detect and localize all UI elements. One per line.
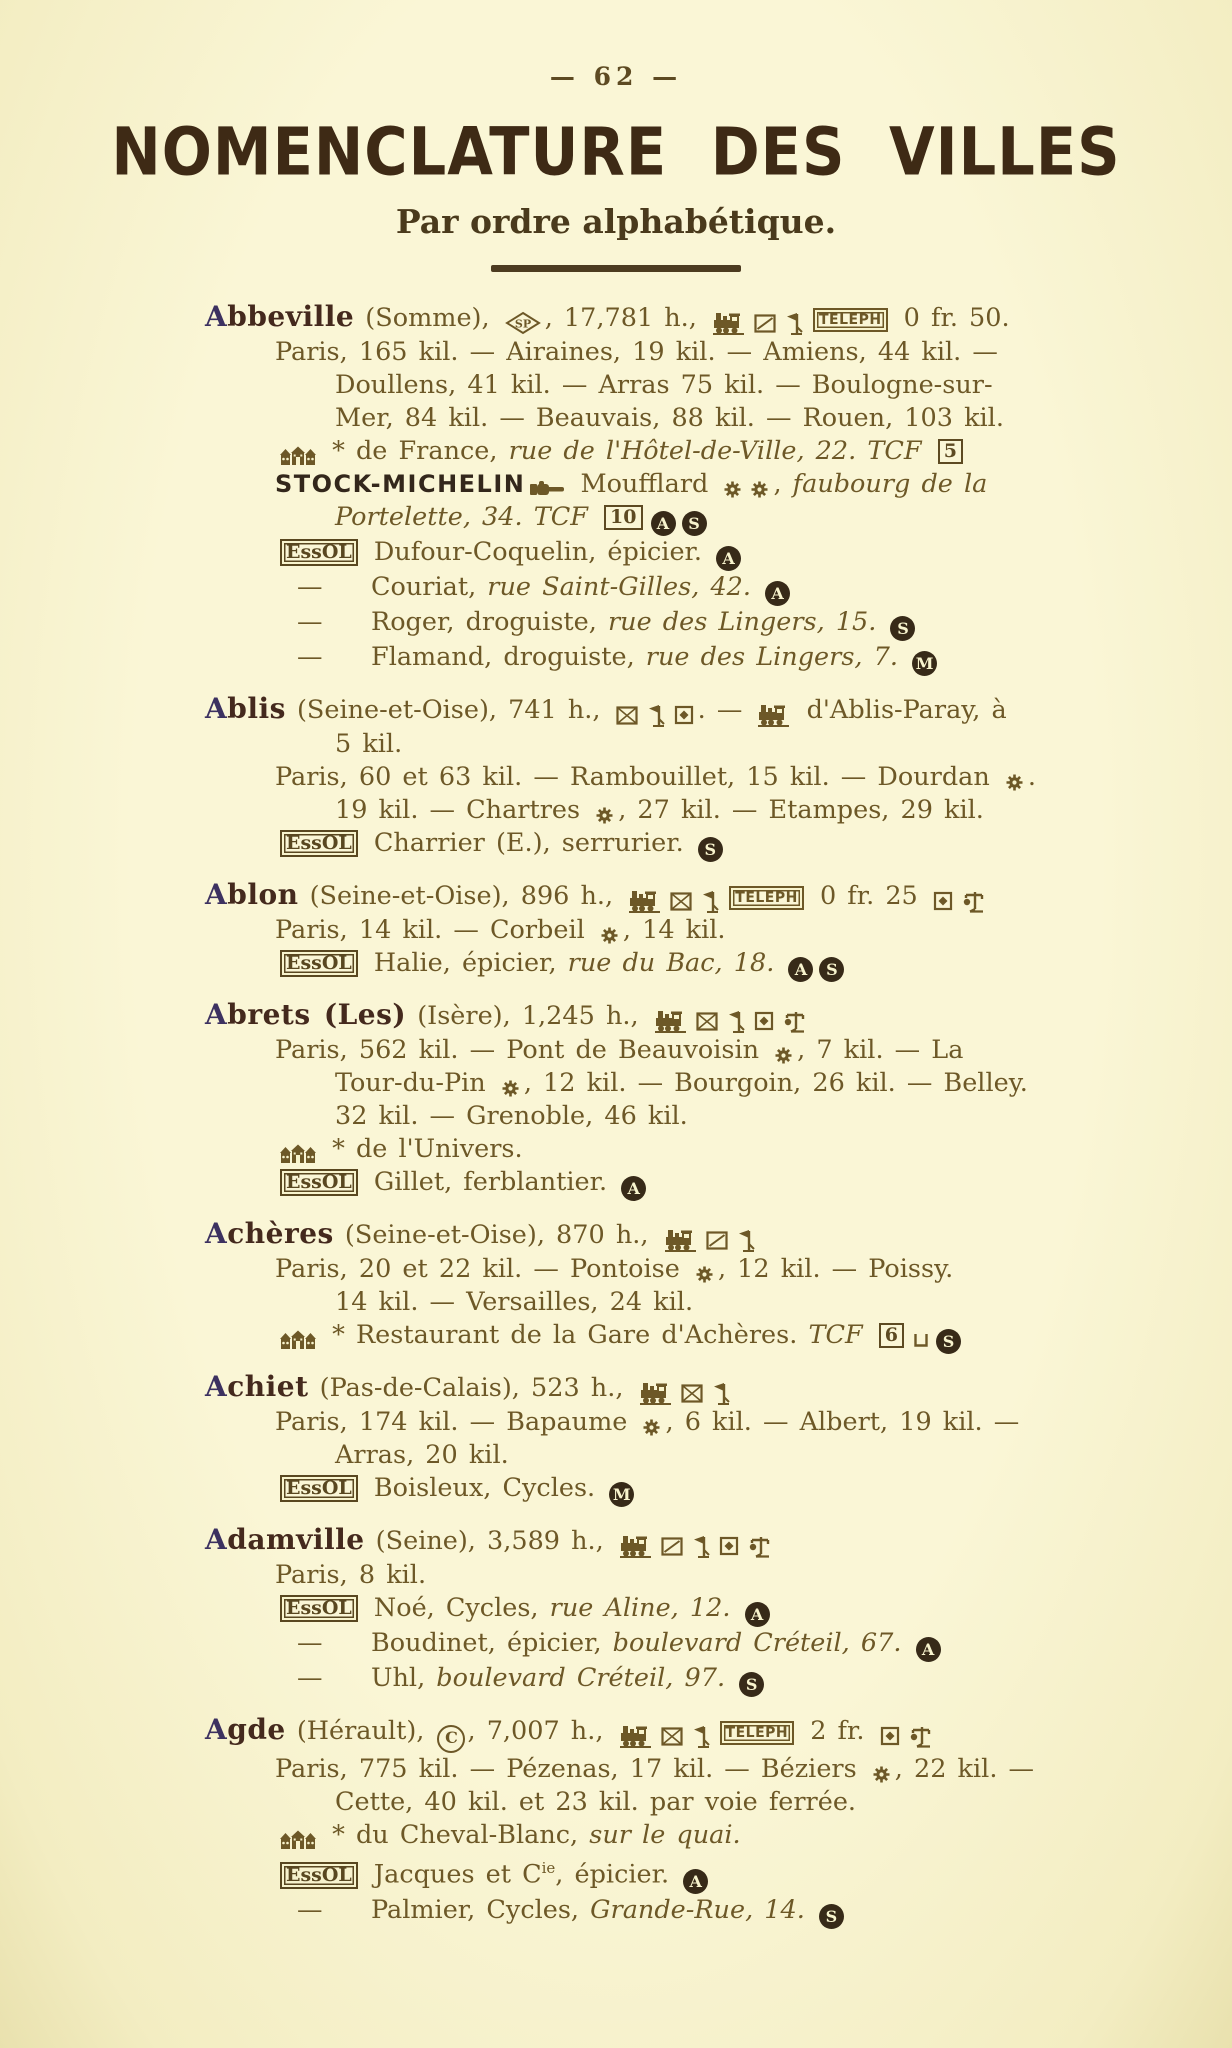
hotel-icon <box>279 1143 317 1165</box>
entry-adamville: Adamville (Seine), 3,589 h., Paris, 8 ki… <box>205 1523 1172 1697</box>
text-run: 14 kil. — Versailles, 24 kil. <box>335 1287 693 1317</box>
entry-line: EssOL Dufour-Coquelin, épicier. A <box>205 536 1172 571</box>
envelope-icon <box>696 1012 718 1031</box>
superscript: ie <box>542 1859 556 1877</box>
brand-s-badge: S <box>936 1329 961 1354</box>
envelope-icon <box>681 1384 703 1403</box>
entry-line: Mer, 84 kil. — Beauvais, 88 kil. — Rouen… <box>205 402 1172 435</box>
text-run: Gillet, ferblantier. <box>363 1167 618 1197</box>
text-run <box>901 1628 912 1658</box>
brand-a-badge: A <box>916 1637 941 1662</box>
essol-badge: EssOL <box>280 1595 358 1622</box>
text-run: 5 kil. <box>335 729 402 759</box>
text-run: (Isère), 1,245 h., <box>406 1001 650 1031</box>
text-run <box>898 642 909 672</box>
text-run: , 17,781 h., <box>545 303 708 333</box>
pennant-icon <box>691 1723 711 1749</box>
entry-line: Paris, 20 et 22 kil. — Pontoise , 12 kil… <box>205 1253 1172 1286</box>
headword-initial: A <box>205 1370 227 1403</box>
train-icon <box>712 311 746 335</box>
envelope-icon <box>616 706 638 725</box>
brand-a-badge: A <box>716 546 741 571</box>
telephone-badge: TELEPH <box>720 1721 795 1745</box>
brand-s-badge: S <box>698 837 723 862</box>
train-icon <box>757 703 791 727</box>
telephone-badge: TELEPH <box>813 308 888 332</box>
street-name: Grande-Rue, 14. <box>590 1895 805 1925</box>
text-run: Paris, 20 et 22 kil. — Pontoise <box>275 1254 691 1284</box>
entry-line: Ablon (Seine-et-Oise), 896 h., TELEPH 0 … <box>205 878 1172 914</box>
text-run: * du Cheval-Blanc, <box>321 1820 589 1850</box>
page-title: NOMENCLATURE DES VILLES <box>0 113 1232 190</box>
entry-line: Adamville (Seine), 3,589 h., <box>205 1523 1172 1559</box>
text-run <box>730 1593 741 1623</box>
envelope-icon <box>661 1727 683 1746</box>
brand-a-badge: A <box>621 1176 646 1201</box>
page: — 62 — NOMENCLATURE DES VILLES Par ordre… <box>0 0 1232 2048</box>
pennant-icon <box>711 1380 731 1406</box>
brand-m-badge: M <box>912 651 937 676</box>
entries: Abbeville (Somme), SP, 17,781 h., TELEPH… <box>0 300 1232 1929</box>
essol-badge: EssOL <box>280 950 358 977</box>
text-run: (Hérault), <box>286 1716 436 1746</box>
train-icon <box>628 889 662 913</box>
headword-initial: A <box>205 998 227 1031</box>
gear-icon <box>750 480 769 499</box>
text-run: Mer, 84 kil. — Beauvais, 88 kil. — Rouen… <box>335 403 1004 433</box>
entry-line: EssOL Jacques et Cie, épicier. A <box>205 1852 1172 1894</box>
envelope-diagonal-icon <box>706 1231 728 1250</box>
train-icon <box>654 1009 688 1033</box>
entry-line: 19 kil. — Chartres , 27 kil. — Etampes, … <box>205 794 1172 827</box>
text-run: , 14 kil. <box>623 915 726 945</box>
text-run: * Restaurant de la Gare d'Achères. <box>321 1320 808 1350</box>
text-run: 32 kil. — Grenoble, 46 kil. <box>335 1101 688 1131</box>
gear-icon <box>595 806 614 825</box>
entry-line: Paris, 60 et 63 kil. — Rambouillet, 15 k… <box>205 761 1172 794</box>
text-run: Paris, 60 et 63 kil. — Rambouillet, 15 k… <box>275 762 1001 792</box>
brand-a-badge: A <box>765 581 790 606</box>
gear-icon <box>872 1765 891 1784</box>
gear-icon <box>774 1046 793 1065</box>
text-run: Paris, 8 kil. <box>275 1560 426 1590</box>
envelope-icon <box>670 892 692 911</box>
entry-line: Tour-du-Pin , 12 kil. — Bourgoin, 26 kil… <box>205 1067 1172 1100</box>
text-run: Noé, Cycles, <box>363 1593 550 1623</box>
street-name: rue du Bac, 18. <box>568 948 775 978</box>
text-run: , épicier. <box>555 1860 680 1890</box>
text-run: Couriat, <box>371 572 487 602</box>
train-icon <box>664 1228 698 1252</box>
entry-headword: Adamville <box>205 1523 365 1556</box>
entry-agde: Agde (Hérault), C, 7,007 h., TELEPH 2 fr… <box>205 1713 1172 1929</box>
headword-initial: A <box>205 1523 227 1556</box>
entry-line: Abbeville (Somme), SP, 17,781 h., TELEPH… <box>205 300 1172 336</box>
entry-line: * de l'Univers. <box>205 1133 1172 1166</box>
text-run <box>725 1663 736 1693</box>
brand-a-badge: A <box>788 957 813 982</box>
entry-ablis: Ablis (Seine-et-Oise), 741 h., . — d'Abl… <box>205 692 1172 862</box>
entry-line: Achiet (Pas-de-Calais), 523 h., <box>205 1370 1172 1406</box>
tcf-number-badge: 10 <box>604 505 642 530</box>
post-office-icon <box>880 1726 900 1746</box>
envelope-diagonal-icon <box>754 314 776 333</box>
pennant-icon <box>691 1533 711 1559</box>
text-run: * de l'Univers. <box>321 1134 523 1164</box>
text-run: . <box>1028 762 1036 792</box>
dash: — <box>297 641 337 674</box>
text-run: Boudinet, épicier, <box>371 1628 613 1658</box>
text-run <box>523 502 534 532</box>
hotel-icon <box>279 445 317 467</box>
hotel-icon <box>279 1329 317 1351</box>
text-run: Paris, 174 kil. — Bapaume <box>275 1407 638 1437</box>
entry-line: Paris, 8 kil. <box>205 1559 1172 1592</box>
text-run: d'Ablis-Paray, à <box>795 695 1006 725</box>
text-run: (Somme), <box>354 303 501 333</box>
entry-line: —Uhl, boulevard Créteil, 97. S <box>205 1662 1172 1697</box>
brand-s-badge: S <box>819 1904 844 1929</box>
brand-s-badge: S <box>819 957 844 982</box>
entry-line: STOCK-MICHELIN Moufflard , faubourg de l… <box>205 468 1172 501</box>
entry-abrets: Abrets (Les) (Isère), 1,245 h., Paris, 5… <box>205 998 1172 1201</box>
entry-achiet: Achiet (Pas-de-Calais), 523 h., Paris, 1… <box>205 1370 1172 1507</box>
essol-badge: EssOL <box>280 1475 358 1502</box>
brand-m-badge: M <box>609 1482 634 1507</box>
entry-headword: Ablon <box>205 878 298 911</box>
pointing-hand-icon <box>529 480 565 498</box>
entry-line: Paris, 562 kil. — Pont de Beauvoisin , 7… <box>205 1034 1172 1067</box>
text-run: 2 fr. <box>799 1716 875 1746</box>
tcf-number-badge: 6 <box>879 1323 904 1348</box>
text-run: (Seine-et-Oise), 870 h., <box>334 1220 660 1250</box>
text-run: * de France, <box>321 436 509 466</box>
text-run: , 7,007 h., <box>467 1716 614 1746</box>
post-office-icon <box>674 705 694 725</box>
text-run: Uhl, <box>371 1663 436 1693</box>
text-run <box>856 436 867 466</box>
gear-icon <box>723 480 742 499</box>
gear-icon <box>642 1418 661 1437</box>
entry-line: * de France, rue de l'Hôtel-de-Ville, 22… <box>205 435 1172 468</box>
entry-line: Arras, 20 kil. <box>205 1439 1172 1472</box>
brand-a-badge: A <box>651 511 676 536</box>
entry-line: 32 kil. — Grenoble, 46 kil. <box>205 1100 1172 1133</box>
text-run: . — <box>698 695 754 725</box>
entry-line: Paris, 174 kil. — Bapaume , 6 kil. — Alb… <box>205 1406 1172 1439</box>
entry-line: Doullens, 41 kil. — Arras 75 kil. — Boul… <box>205 369 1172 402</box>
circled-c-icon: C <box>437 1725 465 1753</box>
text-run: (Seine-et-Oise), 741 h., <box>286 695 612 725</box>
page-subtitle: Par ordre alphabétique. <box>0 202 1232 241</box>
dash: — <box>297 571 337 604</box>
text-run: Arras, 20 kil. <box>335 1440 509 1470</box>
pennant-icon <box>736 1227 756 1253</box>
entry-line: Abrets (Les) (Isère), 1,245 h., <box>205 998 1172 1034</box>
text-run: Jacques et C <box>363 1860 542 1890</box>
text-run: Moufflard <box>569 469 719 499</box>
headword-initial: A <box>205 1713 227 1746</box>
dash: — <box>297 1662 337 1695</box>
stock-michelin-label: STOCK-MICHELIN <box>275 470 525 498</box>
entry-abbeville: Abbeville (Somme), SP, 17,781 h., TELEPH… <box>205 300 1172 676</box>
text-run: (Pas-de-Calais), 523 h., <box>309 1373 635 1403</box>
headword-initial: A <box>205 692 227 725</box>
train-icon <box>619 1534 653 1558</box>
text-run: Cette, 40 kil. et 23 kil. par voie ferré… <box>335 1787 856 1817</box>
dash: — <box>297 1627 337 1660</box>
entry-line: Paris, 775 kil. — Pézenas, 17 kil. — Béz… <box>205 1753 1172 1786</box>
street-name: boulevard Créteil, 97. <box>436 1663 725 1693</box>
sp-diamond-icon: SP <box>505 311 541 335</box>
street-name: boulevard Créteil, 67. <box>613 1628 902 1658</box>
headword-initial: A <box>205 878 227 911</box>
entry-headword: Ablis <box>205 692 286 725</box>
entry-line: —Palmier, Cycles, Grande-Rue, 14. S <box>205 1894 1172 1929</box>
brand-a-badge: A <box>683 1869 708 1894</box>
text-run: 19 kil. — Chartres <box>335 795 591 825</box>
text-run: , 7 kil. — La <box>797 1035 963 1065</box>
telephone-badge: TELEPH <box>729 886 804 910</box>
hotel-icon <box>279 1829 317 1851</box>
pump-icon <box>961 888 985 914</box>
entry-line: —Couriat, rue Saint-Gilles, 42. A <box>205 571 1172 606</box>
entry-line: Paris, 14 kil. — Corbeil , 14 kil. <box>205 914 1172 947</box>
headword-initial: A <box>205 1217 227 1250</box>
street-name: rue de l'Hôtel-de-Ville, 22. <box>509 436 857 466</box>
entry-acheres: Achères (Seine-et-Oise), 870 h., Paris, … <box>205 1217 1172 1354</box>
pump-icon <box>782 1008 806 1034</box>
street-name: rue des Lingers, 15. <box>608 607 876 637</box>
page-number: — 62 — <box>0 0 1232 91</box>
pennant-icon <box>726 1008 746 1034</box>
gear-icon <box>501 1079 520 1098</box>
text-run: , 12 kil. — Poissy. <box>718 1254 953 1284</box>
pennant-icon <box>646 702 666 728</box>
street-name: Portelette, 34. <box>335 502 523 532</box>
gear-icon <box>600 926 619 945</box>
entry-line: * Restaurant de la Gare d'Achères. TCF 6… <box>205 1319 1172 1354</box>
essol-badge: EssOL <box>280 539 358 566</box>
essol-badge: EssOL <box>280 830 358 857</box>
entry-line: EssOL Halie, épicier, rue du Bac, 18. AS <box>205 947 1172 982</box>
text-run: (Seine), 3,589 h., <box>365 1526 615 1556</box>
post-office-icon <box>933 891 953 911</box>
entry-line: Portelette, 34. TCF 10AS <box>205 501 1172 536</box>
title-rule <box>491 265 741 272</box>
entry-line: EssOL Charrier (E.), serrurier. S <box>205 827 1172 862</box>
dash: — <box>297 1894 337 1927</box>
street-name: TCF <box>808 1320 873 1350</box>
text-run: , <box>773 469 792 499</box>
train-icon <box>639 1381 673 1405</box>
street-name: TCF <box>534 502 599 532</box>
tcf-number-badge: 5 <box>938 439 963 464</box>
brand-s-badge: S <box>682 511 707 536</box>
brand-a-badge: A <box>745 1602 770 1627</box>
gear-icon <box>695 1265 714 1284</box>
entry-headword: Abbeville <box>205 300 354 333</box>
street-name: rue des Lingers, 7. <box>646 642 898 672</box>
entry-line: 5 kil. <box>205 728 1172 761</box>
text-run: Charrier (E.), serrurier. <box>363 828 695 858</box>
entry-headword: Agde <box>205 1713 286 1746</box>
entry-headword: Achères <box>205 1217 334 1250</box>
cup-icon <box>913 1331 929 1349</box>
entry-line: Cette, 40 kil. et 23 kil. par voie ferré… <box>205 1786 1172 1819</box>
text-run: , 12 kil. — Bourgoin, 26 kil. — Belley. <box>524 1068 1028 1098</box>
entry-line: Achères (Seine-et-Oise), 870 h., <box>205 1217 1172 1253</box>
text-run: Flamand, droguiste, <box>371 642 646 672</box>
essol-badge: EssOL <box>280 1862 358 1889</box>
text-run: , 6 kil. — Albert, 19 kil. — <box>665 1407 1019 1437</box>
entry-line: EssOL Boisleux, Cycles. M <box>205 1472 1172 1507</box>
train-icon <box>619 1724 653 1748</box>
text-run: (Seine-et-Oise), 896 h., <box>298 881 624 911</box>
pennant-icon <box>700 888 720 914</box>
text-run <box>805 1895 816 1925</box>
envelope-diagonal-icon <box>661 1537 683 1556</box>
post-office-icon <box>719 1536 739 1556</box>
text-run: Paris, 775 kil. — Pézenas, 17 kil. — Béz… <box>275 1754 868 1784</box>
entry-ablon: Ablon (Seine-et-Oise), 896 h., TELEPH 0 … <box>205 878 1172 982</box>
entry-line: * du Cheval-Blanc, sur le quai. <box>205 1819 1172 1852</box>
entry-line: —Flamand, droguiste, rue des Lingers, 7.… <box>205 641 1172 676</box>
entry-line: 14 kil. — Versailles, 24 kil. <box>205 1286 1172 1319</box>
text-run: Tour-du-Pin <box>335 1068 497 1098</box>
street-name: rue Aline, 12. <box>550 1593 731 1623</box>
headword-initial: A <box>205 300 227 333</box>
text-run: Doullens, 41 kil. — Arras 75 kil. — Boul… <box>335 370 993 400</box>
text-run: Palmier, Cycles, <box>371 1895 590 1925</box>
dash: — <box>297 606 337 639</box>
text-run <box>876 607 887 637</box>
text-run <box>774 948 785 978</box>
street-name: rue Saint-Gilles, 42. <box>487 572 751 602</box>
entry-line: —Boudinet, épicier, boulevard Créteil, 6… <box>205 1627 1172 1662</box>
text-run: , 22 kil. — <box>895 1754 1034 1784</box>
pump-icon <box>747 1533 771 1559</box>
text-run: Paris, 165 kil. — Airaines, 19 kil. — Am… <box>275 337 998 367</box>
brand-s-badge: S <box>890 616 915 641</box>
brand-s-badge: S <box>739 1672 764 1697</box>
text-run: Dufour-Coquelin, épicier. <box>363 537 713 567</box>
text-run: 0 fr. 25 <box>809 881 929 911</box>
pump-icon <box>908 1723 932 1749</box>
entry-line: EssOL Noé, Cycles, rue Aline, 12. A <box>205 1592 1172 1627</box>
entry-line: EssOL Gillet, ferblantier. A <box>205 1166 1172 1201</box>
text-run: Boisleux, Cycles. <box>363 1473 606 1503</box>
pennant-icon <box>784 310 804 336</box>
text-run: Paris, 14 kil. — Corbeil <box>275 915 596 945</box>
text-run: Paris, 562 kil. — Pont de Beauvoisin <box>275 1035 770 1065</box>
text-run: , 27 kil. — Etampes, 29 kil. <box>618 795 984 825</box>
text-run: Halie, épicier, <box>363 948 568 978</box>
entry-line: Paris, 165 kil. — Airaines, 19 kil. — Am… <box>205 336 1172 369</box>
text-run: 0 fr. 50. <box>893 303 1010 333</box>
essol-badge: EssOL <box>280 1169 358 1196</box>
entry-headword: Achiet <box>205 1370 309 1403</box>
street-name: TCF <box>867 436 932 466</box>
entry-headword: Abrets (Les) <box>205 998 406 1031</box>
post-office-icon <box>754 1011 774 1031</box>
street-name: sur le quai. <box>589 1820 740 1850</box>
gear-icon <box>1005 773 1024 792</box>
text-run <box>751 572 762 602</box>
svg-text:SP: SP <box>515 318 531 331</box>
entry-line: Agde (Hérault), C, 7,007 h., TELEPH 2 fr… <box>205 1713 1172 1753</box>
street-name: faubourg de la <box>793 469 988 499</box>
entry-line: —Roger, droguiste, rue des Lingers, 15. … <box>205 606 1172 641</box>
text-run: Roger, droguiste, <box>371 607 608 637</box>
entry-line: Ablis (Seine-et-Oise), 741 h., . — d'Abl… <box>205 692 1172 728</box>
